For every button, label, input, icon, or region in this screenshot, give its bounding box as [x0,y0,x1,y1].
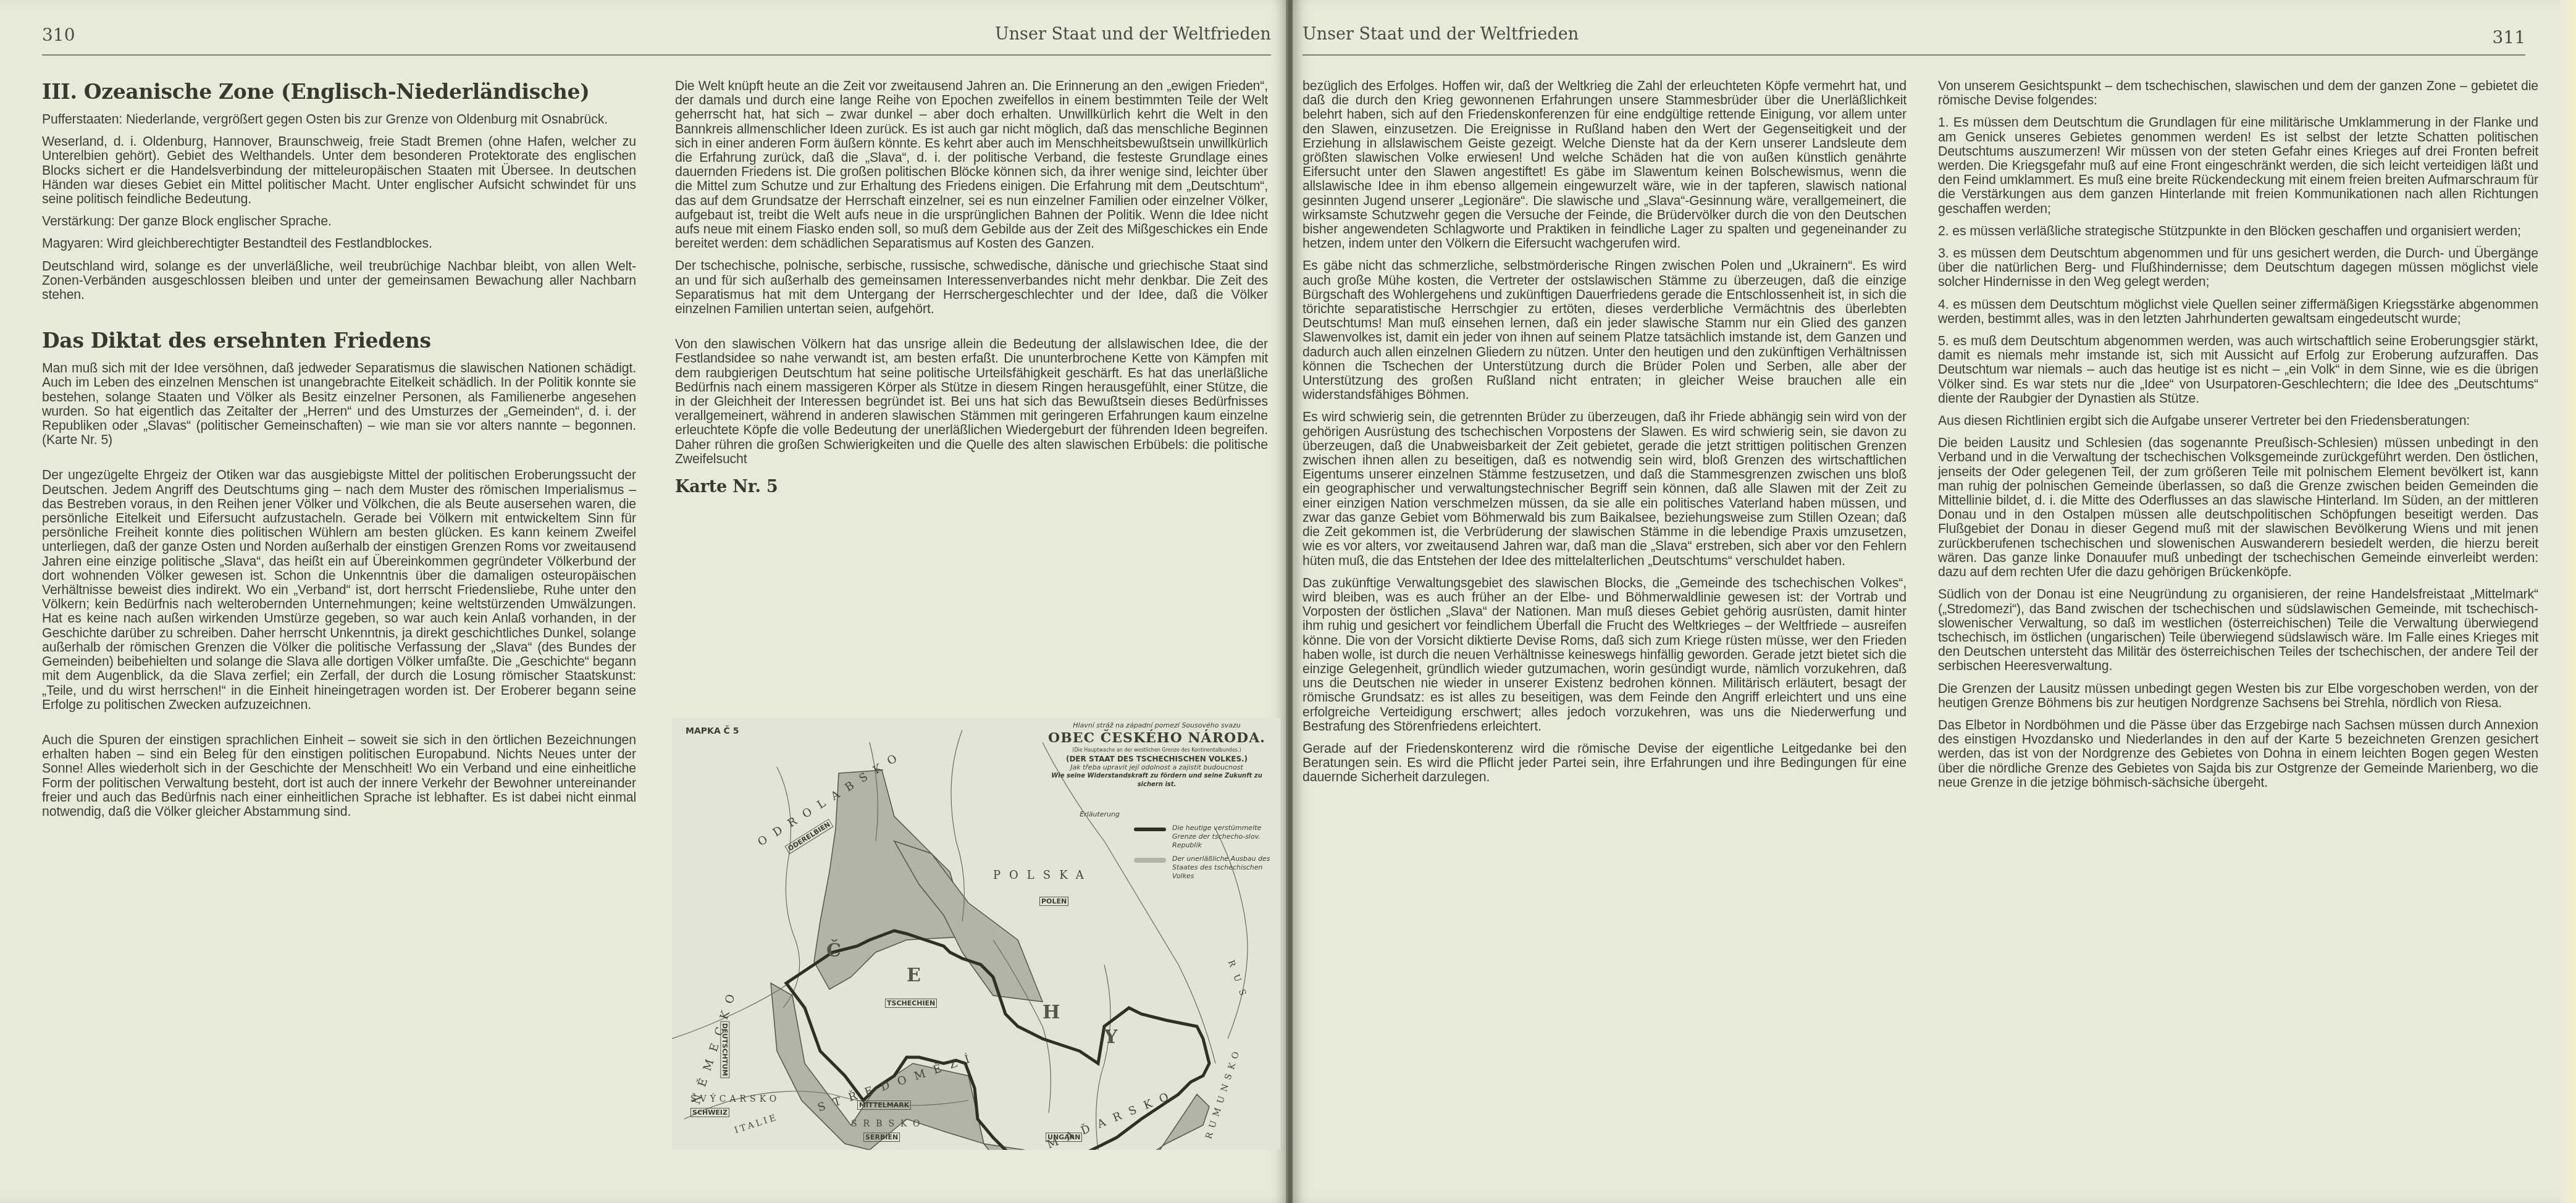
list-item: 3. es müssen dem Deutschtum abgenommen u… [1938,246,2538,290]
map-motto-german: Wie seine Widerstandskraft zu fördern un… [1039,772,1274,789]
page-number: 310 [42,25,75,45]
region-letter: E [907,965,921,986]
paragraph: bezüglich des Erfolges. Hoffen wir, daß … [1303,79,1907,251]
region-german-label: UNGARN [1046,1133,1082,1142]
right-column-2: Von unserem Gesichtspunkt – dem tschechi… [1938,79,2538,798]
section-heading: III. Ozeanische Zone (Englisch-Niederlän… [42,80,636,104]
legend-label: Der unerläßliche Ausbau des Staates des … [1172,855,1270,880]
map-title-block: Hlavní stráž na západní pomezí Sousového… [1039,721,1274,789]
left-column-2: Die Welt knüpft heute an die Zeit vor zw… [675,79,1268,501]
legend-title: Erläuterung [1080,810,1120,818]
running-title: Unser Staat und der Weltfrieden [1303,25,1579,44]
paragraph: Auch die Spuren der einstigen sprachlich… [42,733,636,819]
map-motto-czech: Jak třeba upravit její odolnost a zajist… [1039,763,1274,772]
region-letter: Č [826,940,841,962]
legend-item-present-border: Die heutige verstümmelte Grenze der tsch… [1172,824,1274,850]
map-number: MAPKA Č 5 [686,726,739,736]
region-letter: Y [1104,1026,1117,1048]
map-title-main: OBEC ČESKÉHO NÁRODA. [1039,730,1274,746]
paragraph: Es gäbe nicht das schmerzliche, selbstmö… [1303,259,1907,402]
region-label: ŠVÝCARSKO [690,1094,780,1104]
paragraph: Gerade auf der Friedenskonterenz wird di… [1303,742,1907,785]
paragraph: Es wird schwierig sein, die getrennten B… [1303,410,1907,568]
region-german-label: SERBIEN [863,1133,900,1142]
paragraph: Von den slawischen Völkern hat das unsri… [675,337,1268,466]
legend-label: Die heutige verstümmelte Grenze der tsch… [1172,824,1261,849]
region-label: SRBSKO [851,1119,926,1129]
region-letter: H [1043,1002,1060,1023]
paragraph: Die beiden Lausitz und Schlesien (das so… [1938,436,2538,579]
map-title-czech-top: Hlavní stráž na západní pomezí Sousového… [1039,721,1274,730]
page-number: 311 [2493,27,2525,48]
left-page: 310 Unser Staat und der Weltfrieden III.… [0,0,1288,1203]
paragraph: Der ungezügelte Ehrgeiz der Otiken war d… [42,468,636,711]
paragraph: Weserland, d. i. Oldenburg, Hannover, Br… [42,135,636,206]
paragraph: Verstärkung: Der ganze Block englischer … [42,214,636,228]
running-head: 310 Unser Staat und der Weltfrieden [42,23,1271,56]
list-item: 1. Es müssen dem Deutschtum die Grundlag… [1938,115,2538,216]
paragraph: Aus diesen Richtlinien ergibt sich die A… [1938,414,2538,428]
paragraph: Die Welt knüpft heute an die Zeit vor zw… [675,79,1268,251]
list-item: 2. es müssen verläßliche strategische St… [1938,224,2538,238]
running-head: Unser Staat und der Weltfrieden 311 [1303,23,2525,56]
figure-caption: Karte Nr. 5 [675,480,1268,494]
region-german-label: MITTELMARK [857,1100,911,1110]
gray-band-swatch-icon [1134,858,1166,863]
region-german-label: DEUTSCHTUM [720,1021,729,1078]
legend-item-annexation: Der unerläßliche Ausbau des Staates des … [1172,855,1274,881]
list-item: 5. es muß dem Deutschtum abgenommen werd… [1938,334,2538,406]
right-column-1: bezüglich des Erfolges. Hoffen wir, daß … [1303,79,1907,793]
paragraph: Magyaren: Wird gleichberechtigter Bestan… [42,237,636,251]
paragraph: Deutschland wird, solange es der unverlä… [42,259,636,303]
running-title: Unser Staat und der Weltfrieden [995,25,1271,44]
list-item: 4. es müssen dem Deutschtum möglichst vi… [1938,298,2538,326]
thick-line-swatch-icon [1134,828,1166,831]
paragraph: Pufferstaaten: Niederlande, vergrößert g… [42,112,636,127]
right-page: Unser Staat und der Weltfrieden 311 bezü… [1293,0,2576,1203]
paragraph: Das zukünftige Verwaltungsgebiet des sla… [1303,576,1907,734]
left-column-1: III. Ozeanische Zone (Englisch-Niederlän… [42,80,636,827]
region-label: POLSKA [993,869,1093,882]
subsection-heading: Das Diktat des ersehnten Friedens [42,329,636,353]
region-german-label: TSCHECHIEN [885,999,937,1008]
region-german-label: POLEN [1039,897,1068,906]
region-german-label: SCHWEIZ [690,1108,729,1117]
map-title-german-sub: (Die Hauptwache an der westlichen Grenze… [1039,746,1274,755]
paragraph: Der tschechische, polnische, serbische, … [675,259,1268,316]
book-spread: 310 Unser Staat und der Weltfrieden III.… [0,0,2576,1203]
paragraph: Südlich von der Donau ist eine Neugründu… [1938,587,2538,673]
paragraph: Von unserem Gesichtspunkt – dem tschechi… [1938,79,2538,107]
paragraph: Die Grenzen der Lausitz müssen unbedingt… [1938,682,2538,710]
map-title-german-main: (DER STAAT DES TSCHECHISCHEN VOLKES.) [1039,755,1274,763]
paragraph: Man muß sich mit der Idee versöhnen, daß… [42,361,636,447]
map-figure-karte-5: MAPKA Č 5 Hlavní stráž na západní pomezí… [672,718,1280,1150]
paragraph: Das Elbetor in Nordböhmen und die Pässe … [1938,718,2538,790]
